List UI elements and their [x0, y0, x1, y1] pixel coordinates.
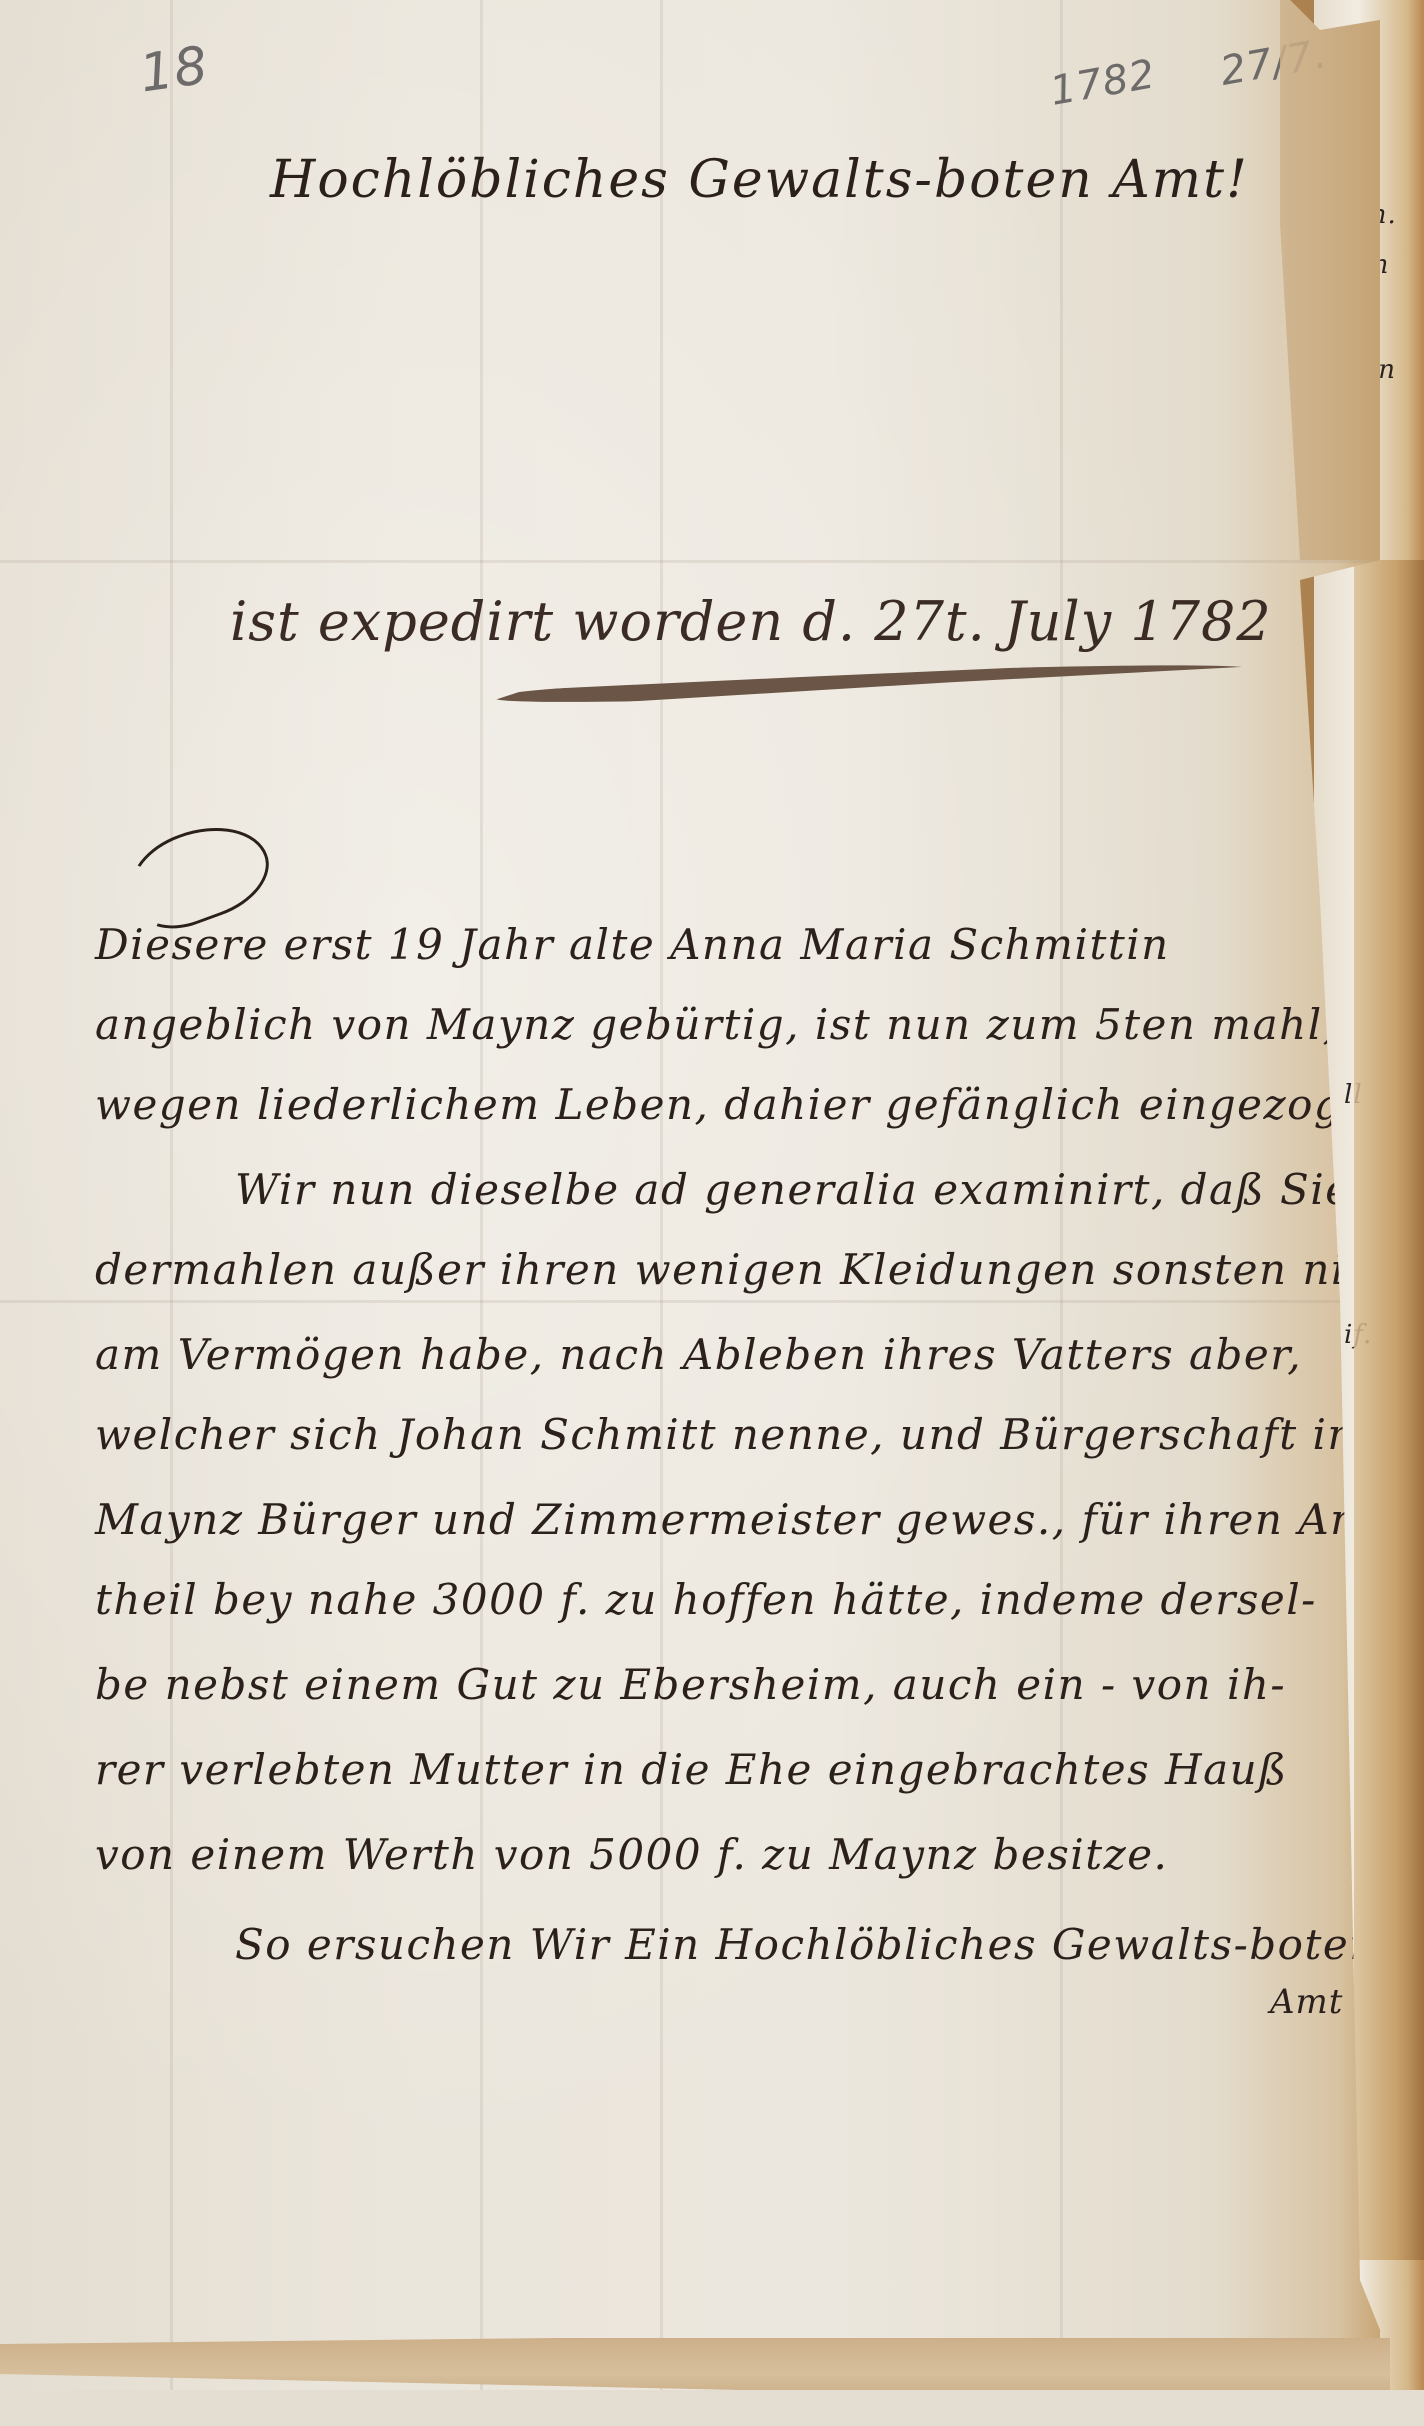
body-line: angeblich von Maynz gebürtig, ist nun zu…: [95, 1000, 1338, 1049]
letter-sheet: 18 1782 27/7. Hochlöbliches Gewalts-bote…: [0, 0, 1380, 2400]
body-line: dermahlen außer ihren wenigen Kleidungen…: [95, 1245, 1424, 1294]
body-line: be nebst einem Gut zu Ebersheim, auch ei…: [95, 1660, 1286, 1709]
body-line: am Vermögen habe, nach Ableben ihres Vat…: [95, 1330, 1302, 1379]
ink-underline-stroke: [495, 657, 1255, 708]
torn-page-edges: [1354, 560, 1424, 2260]
body-line: Wir nun dieselbe ad generalia examinirt,…: [235, 1165, 1352, 1214]
closing-word: Amt: [1270, 1982, 1343, 2022]
body-line: wegen liederlichem Leben, dahier gefängl…: [95, 1080, 1424, 1129]
archive-year: 1782: [1047, 51, 1159, 115]
folded-corner: [1280, 0, 1380, 560]
body-line: theil bey nahe 3000 f. zu hoffen hätte, …: [95, 1575, 1317, 1624]
body-line: So ersuchen Wir Ein Hochlöbliches Gewalt…: [235, 1920, 1378, 1969]
dispatch-note: ist expedirt worden d. 27t. July 1782: [230, 590, 1272, 653]
salutation: Hochlöbliches Gewalts-boten Amt!: [270, 150, 1249, 210]
underlying-page-bottom: [0, 2390, 1424, 2426]
body-line: Maynz Bürger und Zimmermeister gewes., f…: [95, 1495, 1374, 1544]
body-line: rer verlebten Mutter in die Ehe eingebra…: [95, 1745, 1288, 1794]
document-photo: 17 len. Am n - ann ll if. 18 1782 27/7. …: [0, 0, 1424, 2426]
folio-number: 18: [136, 36, 212, 105]
body-line: von einem Werth von 5000 f. zu Maynz bes…: [95, 1830, 1168, 1879]
body-line: Diesere erst 19 Jahr alte Anna Maria Sch…: [95, 920, 1170, 969]
body-line: welcher sich Johan Schmitt nenne, und Bü…: [95, 1410, 1369, 1459]
